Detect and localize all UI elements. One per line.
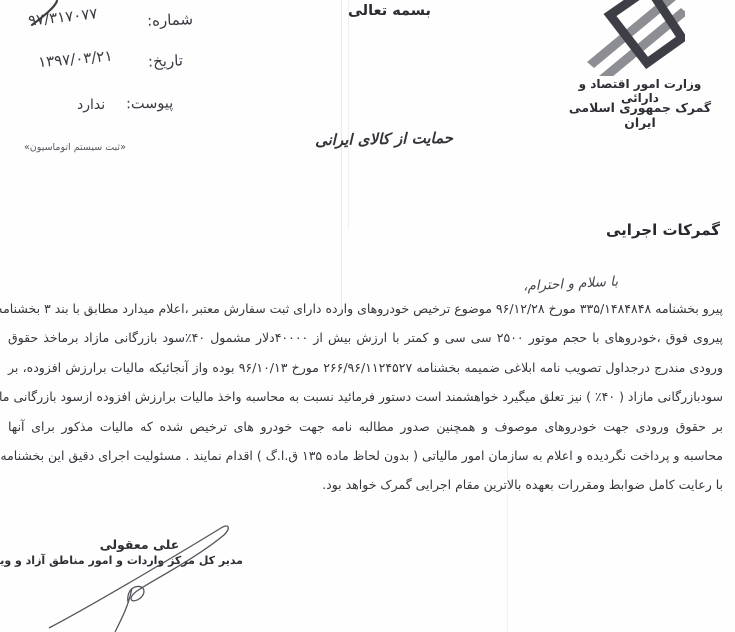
ref-number-label: شماره: bbox=[147, 10, 194, 30]
besmeleh-text: بسمه تعالی bbox=[348, 3, 431, 19]
scanned-letter-page: وزارت امور اقتصاد و دارائی گمرک جمهوری ا… bbox=[0, 0, 735, 632]
organization-name: گمرک جمهوری اسلامی ایران bbox=[565, 100, 715, 130]
customs-emblem-icon bbox=[557, 0, 685, 76]
recipient-heading: گمرکات اجرایی bbox=[606, 221, 720, 239]
date-value: ۱۳۹۷/۰۳/۲۱ bbox=[37, 47, 113, 71]
attachment-value: ندارد bbox=[77, 97, 105, 113]
body-line: سودبازرگانی مازاد ( ۴۰٪ ) نیز تعلق میگیر… bbox=[8, 389, 723, 418]
date-label: تاریخ: bbox=[148, 51, 184, 70]
emblem-square bbox=[610, 0, 682, 63]
letter-body: پیرو بخشنامه ۳۳۵/۱۴۸۴۸۴۸ مورخ ۹۶/۱۲/۲۸ م… bbox=[8, 301, 723, 507]
salutation: با سلام و احترام، bbox=[523, 274, 619, 295]
fold-line bbox=[348, 0, 349, 230]
body-line: پیرو بخشنامه ۳۳۵/۱۴۸۴۸۴۸ مورخ ۹۶/۱۲/۲۸ م… bbox=[8, 301, 723, 330]
attachment-label: پیوست: bbox=[126, 96, 173, 113]
body-line: ورودی مندرج درجداول تصویب نامه ابلاغی ضم… bbox=[8, 360, 723, 389]
campaign-slogan: حمایت از کالای ایرانی bbox=[268, 128, 500, 150]
body-line: محاسبه و پرداخت نگردیده و اعلام به سازما… bbox=[8, 448, 723, 477]
automation-stamp: «ثبت سیستم اتوماسیون» bbox=[24, 142, 126, 153]
body-line: با رعایت کامل ضوابط ومقررات بعهده بالاتر… bbox=[8, 477, 723, 506]
signature-scribble bbox=[35, 512, 240, 632]
fold-line bbox=[341, 0, 342, 312]
body-line: پیروی فوق ،خودروهای با حجم موتور ۲۵۰۰ سی… bbox=[8, 330, 723, 359]
body-line: بر حقوق ورودی جهت خودروهای موصوف و همچنی… bbox=[8, 419, 723, 448]
